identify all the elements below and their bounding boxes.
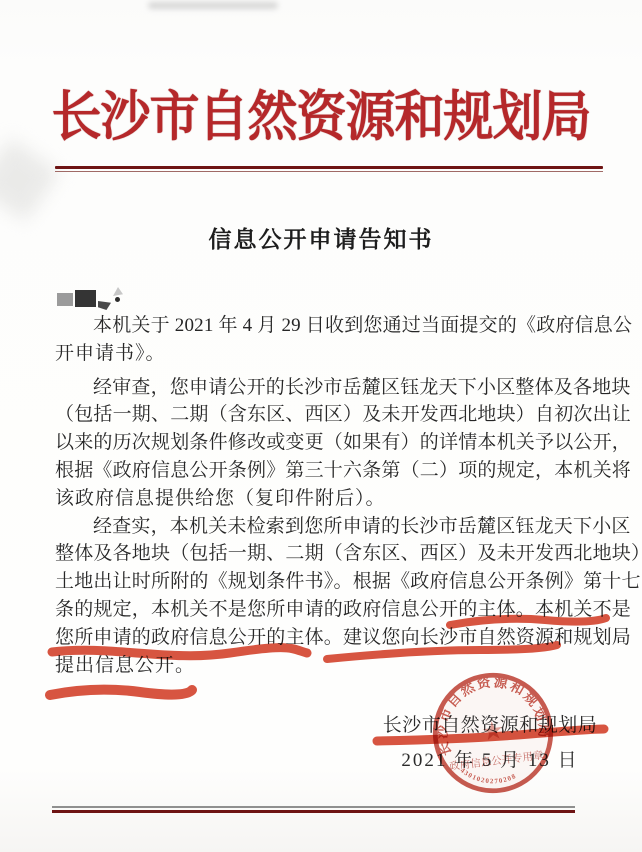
- body-line: 根据《政府信息公开条例》第三十六条第（二）项的规定，本机关将: [55, 457, 601, 485]
- redaction-block: [113, 287, 123, 296]
- redaction-block: [115, 297, 120, 302]
- document-title: 信息公开申请告知书: [0, 221, 642, 254]
- signature-date: 2021 年 5 月 13 日: [378, 745, 602, 772]
- footer-rule: [52, 806, 575, 813]
- footer-rule-thin: [52, 806, 575, 808]
- body-line: 整体及各地块（包括一期、二期（含东区、西区）及未开发西北地块）: [55, 540, 601, 568]
- signature-block: 长沙市自然资源和规划局 2021 年 5 月 13 日: [378, 710, 602, 772]
- scan-smudge-top: [148, 2, 278, 9]
- marker-underline-tichu: [50, 690, 192, 695]
- body-line: 以来的历次规划条件修改或变更（如果有）的详情本机关予以公开，: [55, 429, 601, 457]
- body-line: 本机关于 2021 年 4 月 29 日收到您通过当面提交的《政府信息公: [55, 312, 601, 340]
- body-line: 经审查，您申请公开的长沙市岳麓区钰龙天下小区整体及各地块: [55, 374, 601, 402]
- agency-header-title: 长沙市自然资源和规划局: [0, 77, 642, 161]
- body-line: 开申请书》。: [55, 340, 601, 368]
- header-rule: [55, 166, 603, 172]
- header-rule-thick: [55, 166, 603, 169]
- signature-agency: 长沙市自然资源和规划局: [378, 710, 602, 737]
- body-line: 土地出让时所附的《规划条件书》。根据《政府信息公开条例》第十七: [55, 568, 601, 596]
- body-line: 经查实，本机关未检索到您所申请的长沙市岳麓区钰龙天下小区: [55, 513, 601, 541]
- footer-rule-thick: [52, 810, 575, 813]
- body-line: 提出信息公开。: [55, 652, 601, 680]
- body-line: 该政府信息提供给您（复印件附后）。: [55, 485, 601, 513]
- redaction-block: [75, 290, 96, 307]
- body-line: 条的规定，本机关不是您所申请的政府信息公开的主体。本机关不是: [55, 596, 601, 624]
- document-page: 长沙市自然资源和规划局 信息公开申请告知书 本机关于 2021 年 4 月 29…: [0, 0, 642, 852]
- body-line: 您所申请的政府信息公开的主体。建议您向长沙市自然资源和规划局: [55, 624, 601, 652]
- redaction-block: [57, 293, 73, 306]
- body-line: （包括一期、二期（含东区、西区）及未开发西北地块）自初次出让: [55, 401, 601, 429]
- header-rule-thin: [55, 171, 603, 172]
- body-text: 本机关于 2021 年 4 月 29 日收到您通过当面提交的《政府信息公 开申请…: [55, 312, 601, 679]
- redaction-block: [98, 301, 111, 310]
